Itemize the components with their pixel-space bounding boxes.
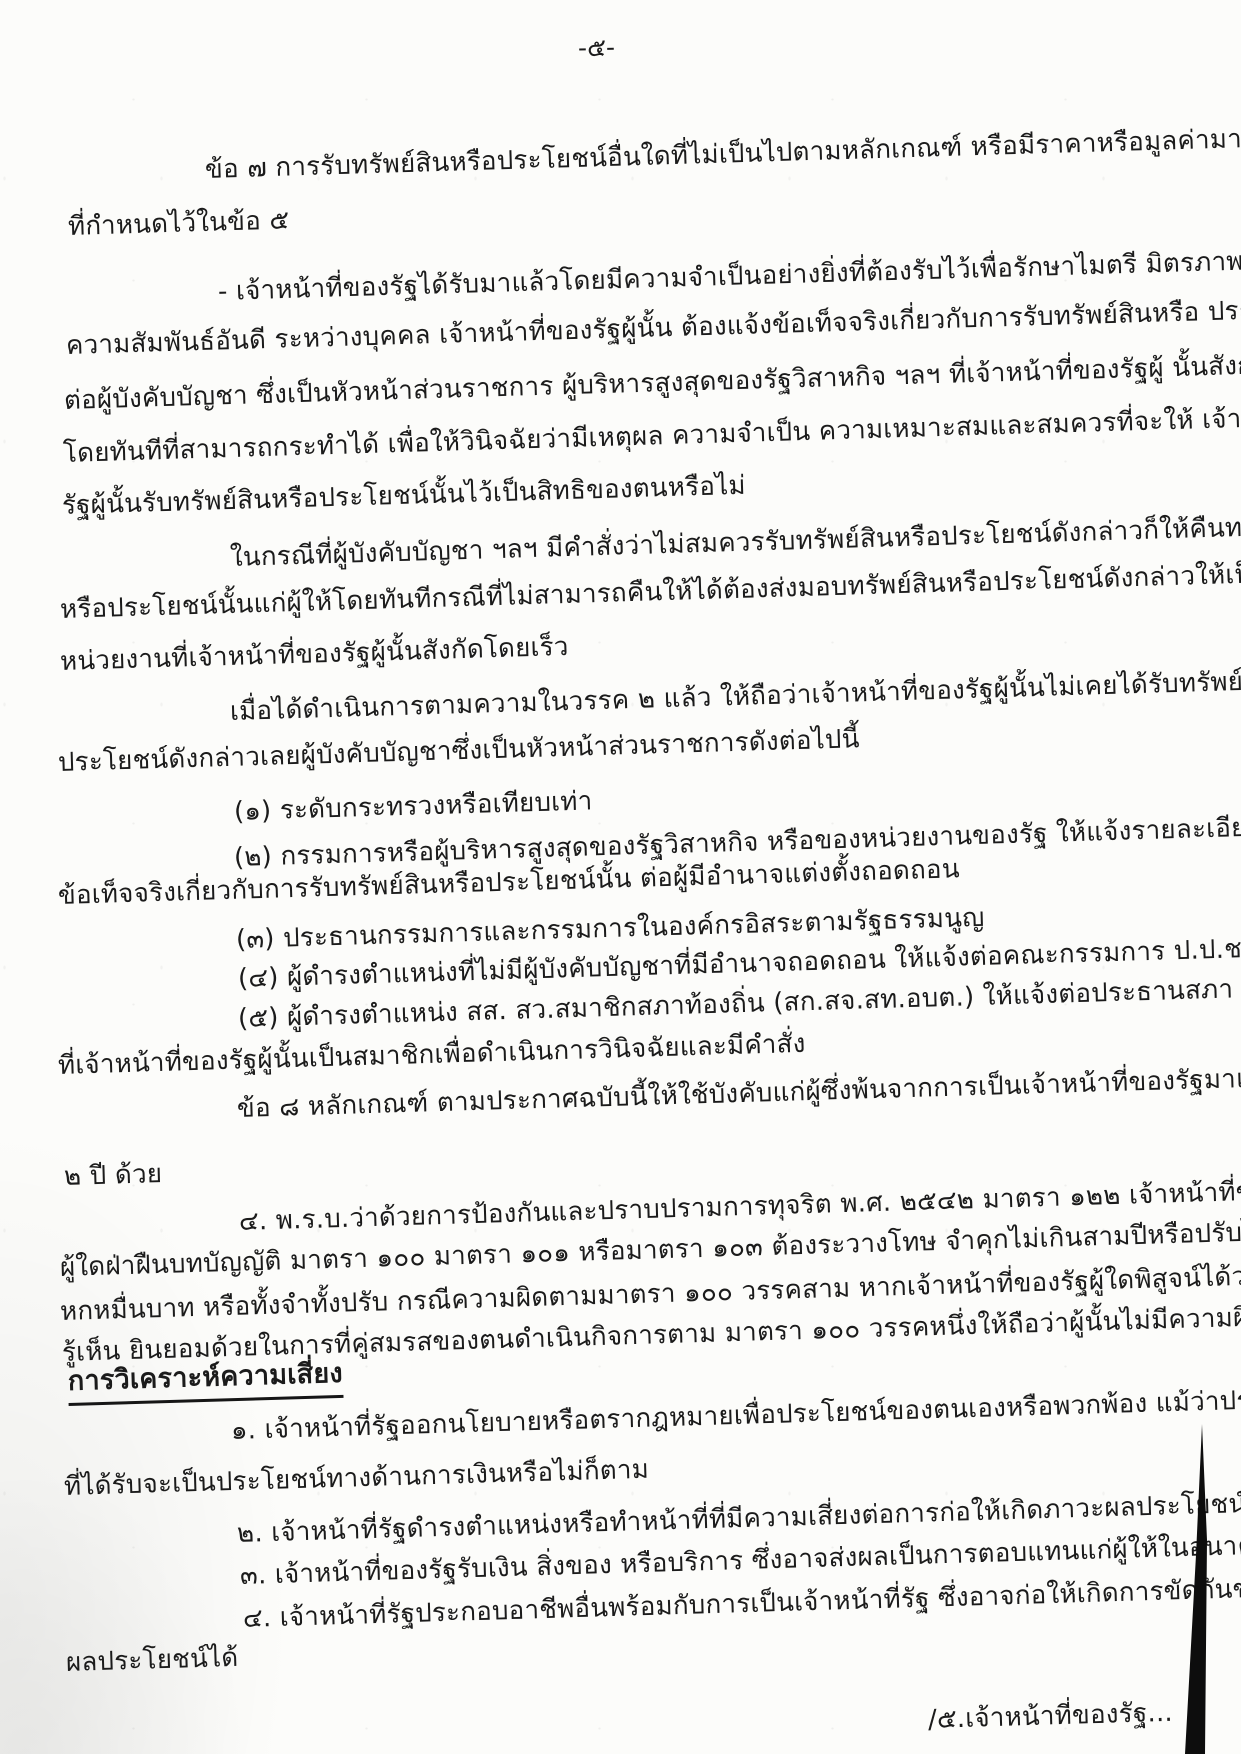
continuation-marker: /๕.เจ้าหน้าที่ของรัฐ... <box>927 1693 1173 1740</box>
list-item-line: (๑) ระดับกระทรวงหรือเทียบเท่า <box>233 781 593 832</box>
text-line: รัฐผู้นั้นรับทรัพย์สินหรือประโยชน์นั้นไว… <box>61 466 746 526</box>
text-line: ประโยชน์ดังกล่าวเลยผู้บังคับบัญชาซึ่งเป็… <box>57 719 860 783</box>
section-heading: การวิเคราะห์ความเสี่ยง <box>67 1354 343 1406</box>
text-line: ที่กำหนดไว้ในข้อ ๕ <box>67 200 289 247</box>
text-line: ข้อ ๗ การรับทรัพย์สินหรือประโยชน์อื่นใดท… <box>204 117 1241 190</box>
text-line: ผลประโยชน์ได้ <box>65 1638 239 1683</box>
page-number: -๕- <box>578 28 616 69</box>
text-line: หน่วยงานที่เจ้าหน้าที่ของรัฐผู้นั้นสังกั… <box>59 627 569 682</box>
text-line: ที่ได้รับจะเป็นประโยชน์ทางด้านการเงินหรื… <box>63 1450 649 1507</box>
list-item-line: ๑. เจ้าหน้าที่รัฐออกนโยบายหรือตรากฎหมายเ… <box>230 1378 1241 1451</box>
text-line: ๒ ปี ด้วย <box>63 1154 162 1197</box>
scanned-document-page: -๕- ข้อ ๗ การรับทรัพย์สินหรือประโยชน์อื่… <box>0 0 1241 1754</box>
